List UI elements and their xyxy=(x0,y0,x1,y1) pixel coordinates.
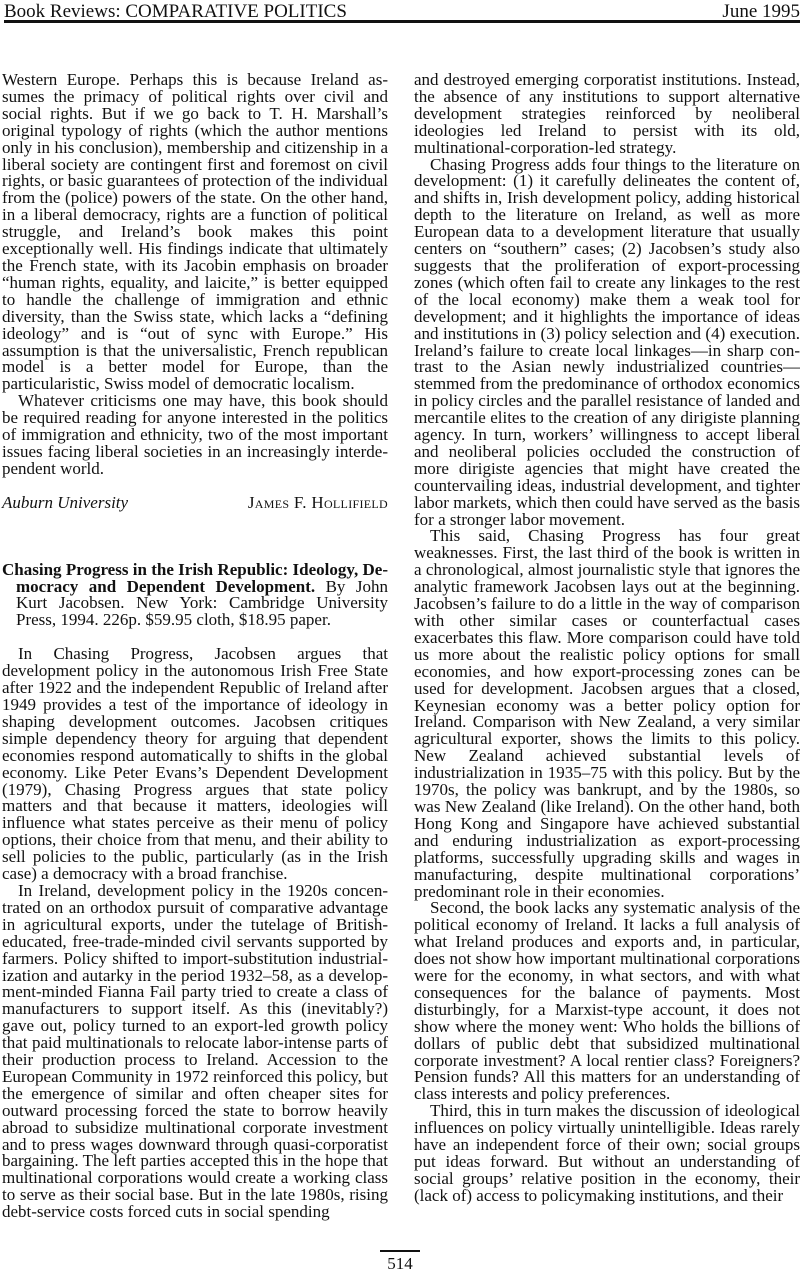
header-rule xyxy=(4,20,800,23)
review-signature: Auburn University James F. Hollifield xyxy=(2,495,388,512)
review-body: In Chasing Progress, Jacobsen argues tha… xyxy=(2,646,388,1221)
book-citation: Chasing Progress in the Irish Republic: … xyxy=(2,562,388,630)
paragraph: Chasing Progress adds four things to the… xyxy=(414,157,800,529)
paragraph: Third, this in turn makes the discussion… xyxy=(414,1103,800,1204)
issue-date: June 1995 xyxy=(722,2,800,22)
paragraph: and destroyed emerging corporatist insti… xyxy=(414,72,800,157)
paragraph: This said, Chasing Progress has four gre… xyxy=(414,528,800,900)
reviewer-name: James F. Hollifield xyxy=(248,495,388,512)
paragraph: Second, the book lacks any systematic an… xyxy=(414,900,800,1103)
paragraph: Western Europe. Perhaps this is because … xyxy=(2,72,388,393)
page-number: 514 xyxy=(380,1254,420,1274)
reviewer-affiliation: Auburn University xyxy=(2,495,128,512)
paragraph: Whatever criticisms one may have, this b… xyxy=(2,393,388,478)
section-title: Book Reviews: COMPARATIVE POLITICS xyxy=(4,2,347,22)
left-column: Western Europe. Perhaps this is because … xyxy=(2,72,388,1221)
right-column: and destroyed emerging corporatist insti… xyxy=(414,72,800,1205)
running-header: Book Reviews: COMPARATIVE POLITICS June … xyxy=(4,0,800,22)
paragraph: In Ireland, development policy in the 19… xyxy=(2,883,388,1221)
footer-rule xyxy=(380,1250,420,1252)
paragraph: In Chasing Progress, Jacobsen argues tha… xyxy=(2,646,388,883)
